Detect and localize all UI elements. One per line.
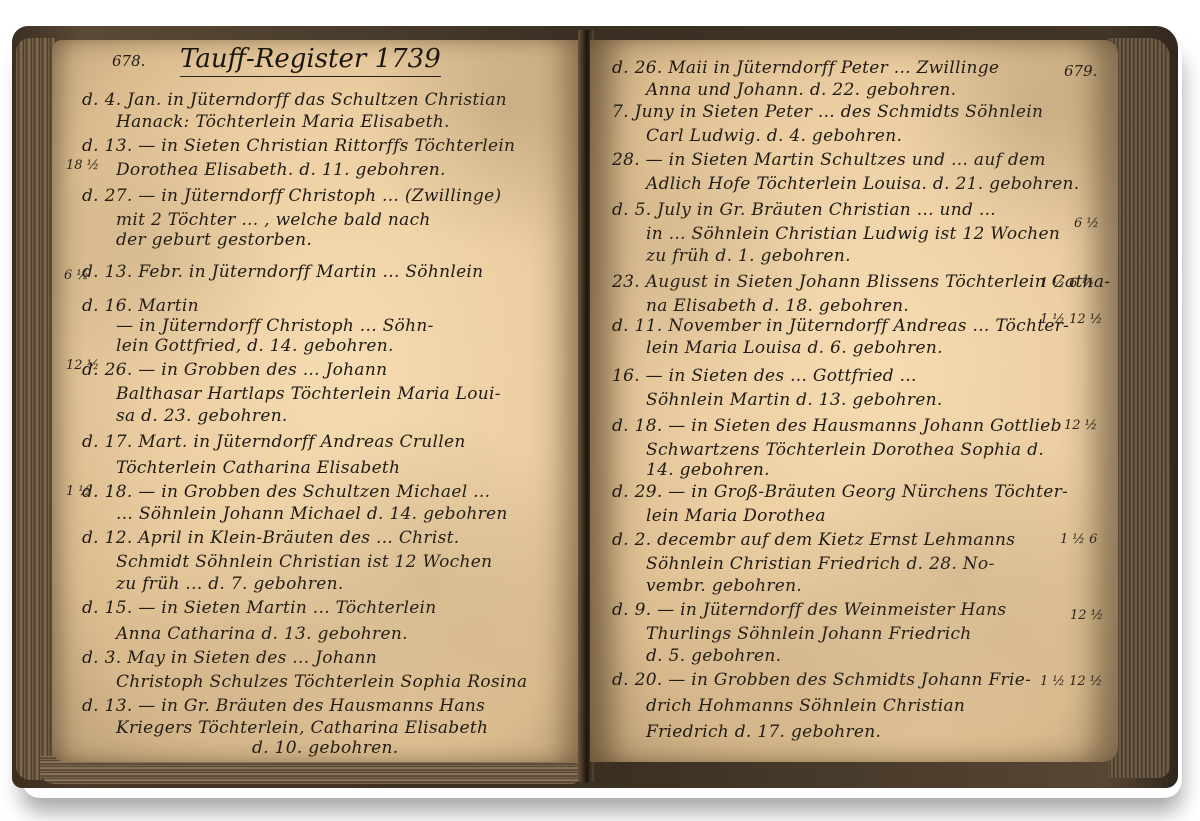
right-page: 679. 6 ½ 1 ½ 6 ½ 1 ½ 12 ½ 12 ½ 1 ½ 6 12 … <box>590 40 1118 762</box>
entry-line: vembr. gebohren. <box>646 576 802 596</box>
entry-line: der geburt gestorben. <box>116 230 312 250</box>
entry-line: d. 10. gebohren. <box>252 738 398 758</box>
entry-line: mit 2 Töchter ... , welche bald nach <box>116 210 431 230</box>
margin-note: 12 ½ <box>1070 608 1103 623</box>
margin-note: 12 ½ <box>1064 418 1097 433</box>
entry-line: lein Gottfried, d. 14. gebohren. <box>116 336 394 356</box>
entry-line: in ... Söhnlein Christian Ludwig ist 12 … <box>646 224 1060 244</box>
left-page: 678. Tauff-Register 1739 18 ½ 6 ½ 12 ½ 1… <box>52 40 584 762</box>
entry-line: d. 18. — in Grobben des Schultzen Michae… <box>82 482 490 502</box>
entry-line: Adlich Hofe Töchterlein Louisa. d. 21. g… <box>646 174 1079 194</box>
entry-line: lein Maria Louisa d. 6. gebohren. <box>646 338 943 358</box>
entry-line: d. 5. gebohren. <box>646 646 781 666</box>
entry-line: d. 13. Febr. in Jüterndorff Martin ... S… <box>82 262 483 282</box>
entry-line: Christoph Schulzes Töchterlein Sophia Ro… <box>116 672 527 692</box>
entry-line: Schmidt Söhnlein Christian ist 12 Wochen <box>116 552 492 572</box>
entry-line: Anna und Johann. d. 22. gebohren. <box>646 80 956 100</box>
entry-line: Thurlings Söhnlein Johann Friedrich <box>646 624 972 644</box>
entry-line: d. 27. — in Jüterndorff Christoph ... (Z… <box>82 186 501 206</box>
photo-stage: 678. Tauff-Register 1739 18 ½ 6 ½ 12 ½ 1… <box>0 0 1200 821</box>
margin-note: 1 ½ 12 ½ <box>1040 674 1102 689</box>
entry-line: d. 13. — in Gr. Bräuten des Hausmanns Ha… <box>82 696 485 716</box>
entry-line: d. 4. Jan. in Jüterndorff das Schultzen … <box>82 90 507 110</box>
entry-line: Balthasar Hartlaps Töchterlein Maria Lou… <box>116 384 501 404</box>
entry-line: Friedrich d. 17. gebohren. <box>646 722 881 742</box>
entry-line: d. 16. Martin <box>82 296 199 316</box>
entry-line: 23. August in Sieten Johann Blissens Töc… <box>612 272 1110 292</box>
entry-line: d. 3. May in Sieten des ... Johann <box>82 648 377 668</box>
entry-line: d. 13. — in Sieten Christian Rittorffs T… <box>82 136 515 156</box>
entry-line: d. 26. — in Grobben des ... Johann <box>82 360 387 380</box>
entry-line: d. 15. — in Sieten Martin ... Töchterlei… <box>82 598 437 618</box>
entry-line: Söhnlein Christian Friedrich d. 28. No- <box>646 554 995 574</box>
margin-note: 6 ½ <box>1074 216 1099 231</box>
entry-line: na Elisabeth d. 18. gebohren. <box>646 296 909 316</box>
entry-line: zu früh ... d. 7. gebohren. <box>116 574 344 594</box>
entry-line: d. 17. Mart. in Jüterndorff Andreas Crul… <box>82 432 466 452</box>
entry-line: d. 18. — in Sieten des Hausmanns Johann … <box>612 416 1062 436</box>
entry-line: d. 26. Maii in Jüterndorff Peter ... Zwi… <box>612 58 999 78</box>
entry-line: Hanack: Töchterlein Maria Elisabeth. <box>116 112 450 132</box>
left-folio-number: 678. <box>112 52 145 70</box>
entry-line: — in Jüterndorff Christoph ... Söhn- <box>116 316 434 336</box>
entry-line: d. 29. — in Groß-Bräuten Georg Nürchens … <box>612 482 1068 502</box>
margin-note: 1 ½ 6 <box>1060 532 1097 547</box>
page-edges-left <box>16 38 56 780</box>
right-folio-number: 679. <box>1064 62 1097 80</box>
entry-line: d. 2. decembr auf dem Kietz Ernst Lehman… <box>612 530 1015 550</box>
entry-line: Dorothea Elisabeth. d. 11. gebohren. <box>116 160 446 180</box>
register-heading: Tauff-Register 1739 <box>180 44 441 77</box>
entry-line: d. 20. — in Grobben des Schmidts Johann … <box>612 670 1031 690</box>
entry-line: Carl Ludwig. d. 4. gebohren. <box>646 126 902 146</box>
entry-line: d. 9. — in Jüterndorff des Weinmeister H… <box>612 600 1006 620</box>
entry-line: Söhnlein Martin d. 13. gebohren. <box>646 390 943 410</box>
entry-line: 16. — in Sieten des ... Gottfried ... <box>612 366 917 386</box>
entry-line: drich Hohmanns Söhnlein Christian <box>646 696 965 716</box>
entry-line: ... Söhnlein Johann Michael d. 14. geboh… <box>116 504 508 524</box>
entry-line: 28. — in Sieten Martin Schultzes und ...… <box>612 150 1046 170</box>
entry-line: lein Maria Dorothea <box>646 506 826 526</box>
entry-line: 14. gebohren. <box>646 460 770 480</box>
entry-line: sa d. 23. gebohren. <box>116 406 288 426</box>
entry-line: Schwartzens Töchterlein Dorothea Sophia … <box>646 440 1044 460</box>
entry-line: Kriegers Töchterlein, Catharina Elisabet… <box>116 718 488 738</box>
entry-line: 7. Juny in Sieten Peter ... des Schmidts… <box>612 102 1043 122</box>
entry-line: d. 12. April in Klein-Bräuten des ... Ch… <box>82 528 459 548</box>
entry-line: Töchterlein Catharina Elisabeth <box>116 458 400 478</box>
entry-line: zu früh d. 1. gebohren. <box>646 246 851 266</box>
entry-line: d. 5. July in Gr. Bräuten Christian ... … <box>612 200 996 220</box>
margin-note: 18 ½ <box>66 158 99 173</box>
entry-line: d. 11. November in Jüterndorff Andreas .… <box>612 316 1069 336</box>
entry-line: Anna Catharina d. 13. gebohren. <box>116 624 408 644</box>
